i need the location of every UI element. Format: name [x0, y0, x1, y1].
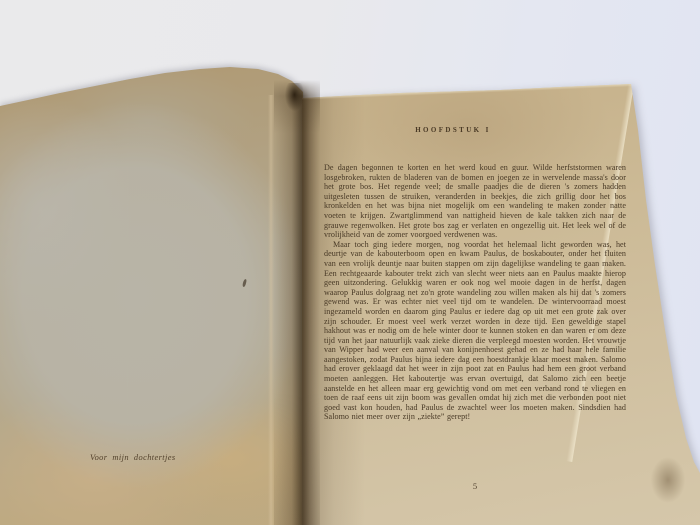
body-paragraph-1: De dagen begonnen te korten en het werd …	[324, 163, 626, 240]
page-number: 5	[324, 481, 626, 491]
book-gutter-shadow	[274, 80, 320, 525]
spine-top-notch	[285, 83, 304, 111]
right-page-wrap: HOOFDSTUK I De dagen begonnen te korten …	[0, 0, 700, 525]
page-top-edge-highlight	[300, 83, 634, 100]
book-right-page: HOOFDSTUK I De dagen begonnen te korten …	[0, 0, 700, 525]
chapter-heading: HOOFDSTUK I	[303, 126, 603, 134]
body-text-block: De dagen begonnen te korten en het werd …	[324, 163, 626, 422]
body-paragraph-2: Maar toch ging iedere morgen, nog voorda…	[324, 240, 626, 422]
book-photo-scene: Voor mijn dochtertjes HOOFDSTUK I De dag…	[0, 0, 700, 525]
